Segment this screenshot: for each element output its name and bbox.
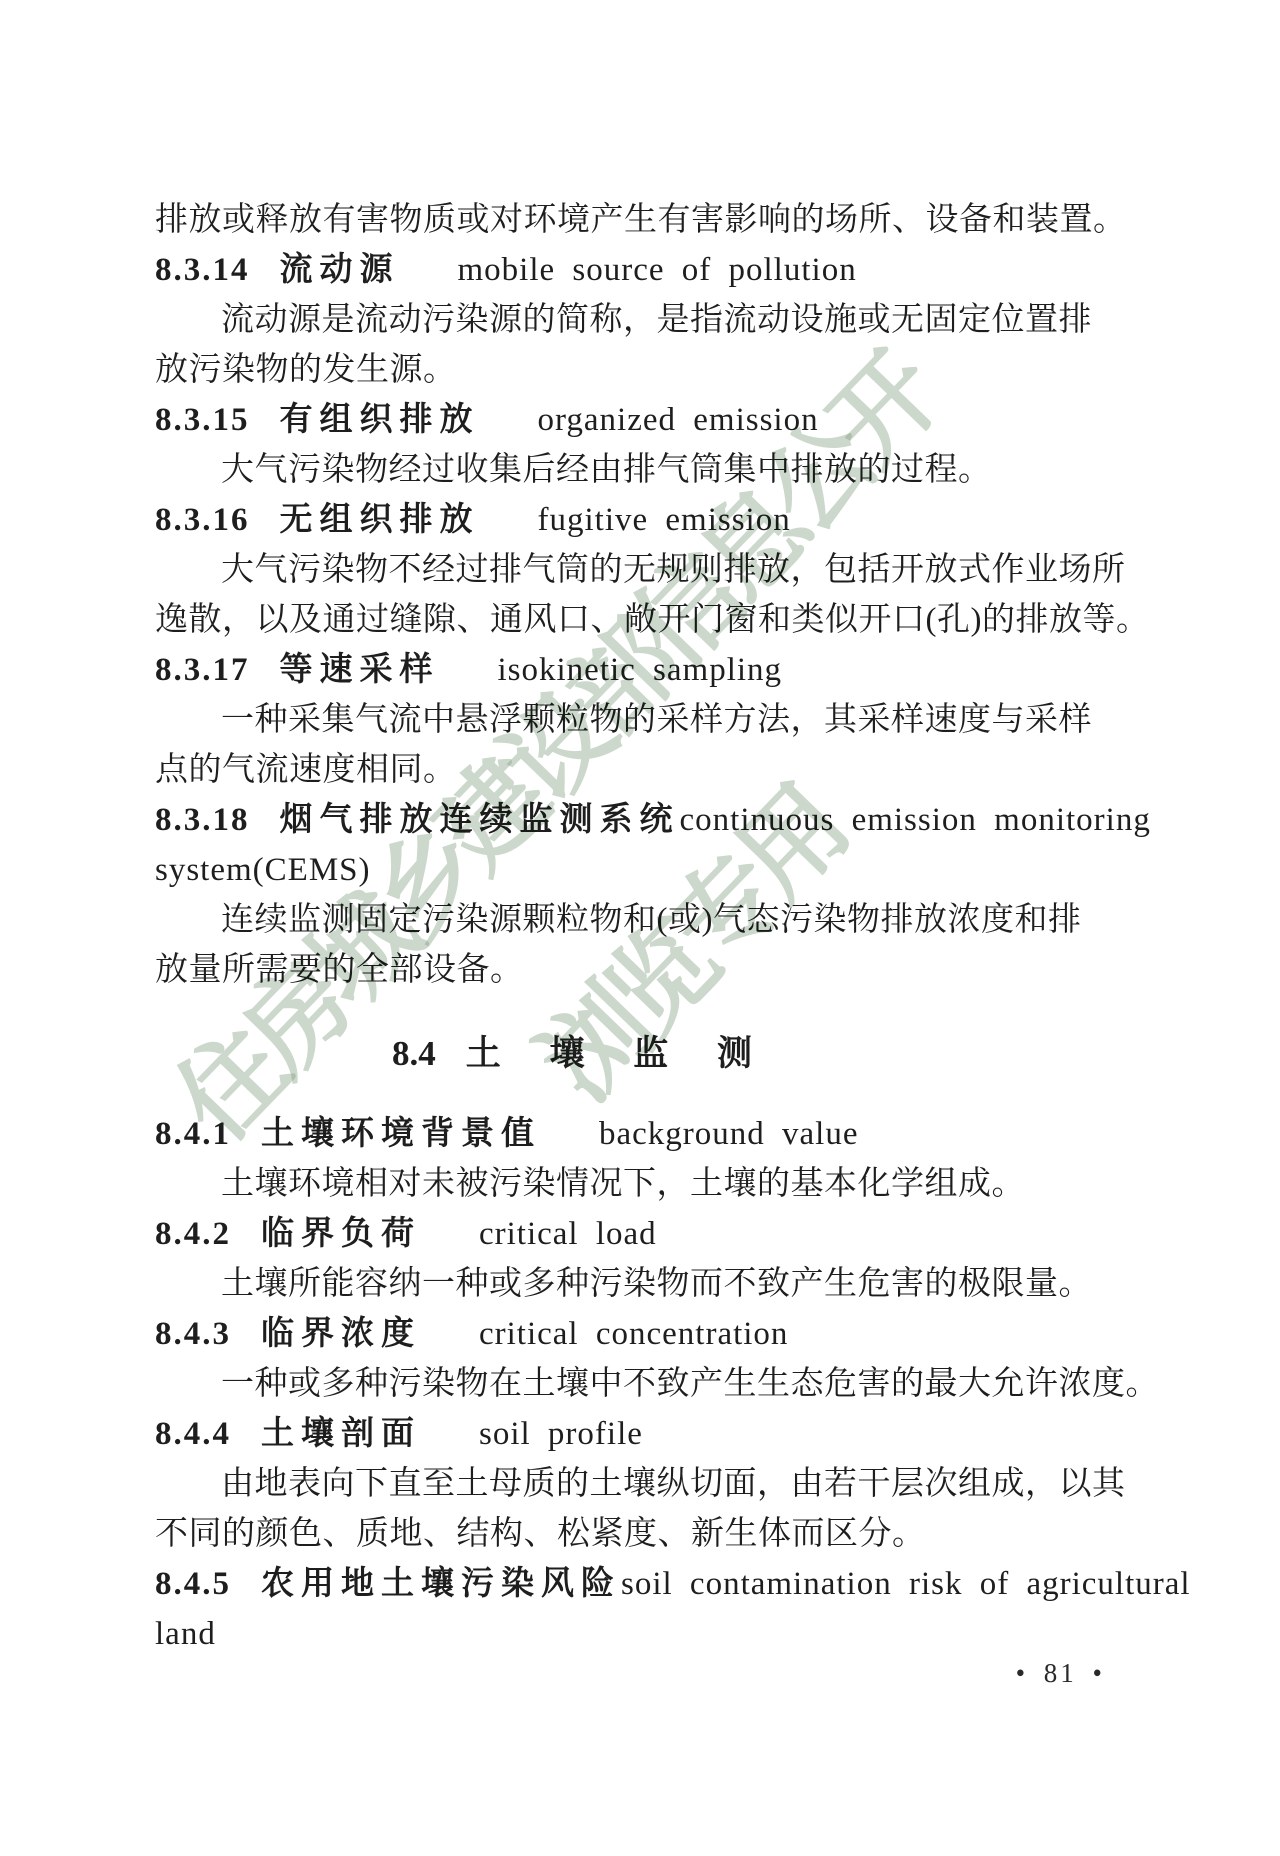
document-page-body: 排放或释放有害物质或对环境产生有害影响的场所、设备和装置。 8.3.14 流动源… <box>155 195 1125 1659</box>
definition-line: 放量所需要的全部设备。 <box>155 945 1125 995</box>
definition-line: 点的气流速度相同。 <box>155 745 1125 795</box>
definition-line: 大气污染物不经过排气筒的无规则排放，包括开放式作业场所 <box>155 545 1125 595</box>
term-number: 8.3.15 <box>155 395 250 445</box>
definition-line: 逸散，以及通过缝隙、通风口、敞开门窗和类似开口(孔)的排放等。 <box>155 595 1125 645</box>
term-entry-8-3-16: 8.3.16 无组织排放 fugitive emission <box>155 495 1125 545</box>
definition-line: 不同的颜色、质地、结构、松紧度、新生体而区分。 <box>155 1509 1125 1559</box>
term-entry-8-3-18: 8.3.18 烟气排放连续监测系统 continuous emission mo… <box>155 795 1125 845</box>
term-entry-8-4-1: 8.4.1 土壤环境背景值 background value <box>155 1109 1125 1159</box>
definition-line: 一种或多种污染物在土壤中不致产生生态危害的最大允许浓度。 <box>155 1359 1125 1409</box>
term-number: 8.3.16 <box>155 495 250 545</box>
section-title: 土 壤 监 测 <box>466 1025 772 1083</box>
term-entry-8-4-2: 8.4.2 临界负荷 critical load <box>155 1209 1125 1259</box>
term-chinese: 临界浓度 <box>261 1309 421 1359</box>
term-chinese: 土壤环境背景值 <box>261 1109 541 1159</box>
term-number: 8.3.18 <box>155 795 250 845</box>
paragraph-carryover: 排放或释放有害物质或对环境产生有害影响的场所、设备和装置。 <box>155 195 1125 245</box>
term-chinese: 农用地土壤污染风险 <box>261 1559 621 1609</box>
term-english: critical concentration <box>479 1309 788 1359</box>
definition-line: 由地表向下直至土母质的土壤纵切面，由若干层次组成，以其 <box>155 1459 1125 1509</box>
term-chinese: 等速采样 <box>280 645 440 695</box>
definition-line: 土壤环境相对未被污染情况下，土壤的基本化学组成。 <box>155 1159 1125 1209</box>
term-english-continuation: land <box>155 1609 1125 1659</box>
definition-line: 土壤所能容纳一种或多种污染物而不致产生危害的极限量。 <box>155 1259 1125 1309</box>
term-english: fugitive emission <box>538 495 791 545</box>
term-english: background value <box>599 1109 859 1159</box>
definition-line: 一种采集气流中悬浮颗粒物的采样方法，其采样速度与采样 <box>155 695 1125 745</box>
term-english: organized emission <box>538 395 819 445</box>
definition-line: 大气污染物经过收集后经由排气筒集中排放的过程。 <box>155 445 1125 495</box>
term-number: 8.3.14 <box>155 245 250 295</box>
term-chinese: 土壤剖面 <box>261 1409 421 1459</box>
term-chinese: 流动源 <box>280 245 400 295</box>
term-english: critical load <box>479 1209 657 1259</box>
term-number: 8.4.3 <box>155 1309 231 1359</box>
term-chinese: 烟气排放连续监测系统 <box>280 795 680 845</box>
section-heading: 8.4 土 壤 监 测 <box>97 1025 1067 1083</box>
term-chinese: 临界负荷 <box>261 1209 421 1259</box>
definition-line: 放污染物的发生源。 <box>155 345 1125 395</box>
term-english: continuous emission monitoring <box>680 795 1151 845</box>
term-number: 8.3.17 <box>155 645 250 695</box>
term-chinese: 有组织排放 <box>280 395 480 445</box>
term-english: mobile source of pollution <box>458 245 857 295</box>
term-entry-8-3-14: 8.3.14 流动源 mobile source of pollution <box>155 245 1125 295</box>
term-chinese: 无组织排放 <box>280 495 480 545</box>
section-number: 8.4 <box>392 1025 436 1083</box>
page-number: • 81 • <box>1016 1658 1105 1689</box>
term-number: 8.4.1 <box>155 1109 231 1159</box>
definition-line: 连续监测固定污染源颗粒物和(或)气态污染物排放浓度和排 <box>155 895 1125 945</box>
term-number: 8.4.4 <box>155 1409 231 1459</box>
term-entry-8-4-4: 8.4.4 土壤剖面 soil profile <box>155 1409 1125 1459</box>
term-number: 8.4.2 <box>155 1209 231 1259</box>
term-entry-8-4-5: 8.4.5 农用地土壤污染风险 soil contamination risk … <box>155 1559 1125 1609</box>
term-english: isokinetic sampling <box>498 645 783 695</box>
term-english: soil profile <box>479 1409 643 1459</box>
term-entry-8-4-3: 8.4.3 临界浓度 critical concentration <box>155 1309 1125 1359</box>
term-entry-8-3-15: 8.3.15 有组织排放 organized emission <box>155 395 1125 445</box>
term-english: soil contamination risk of agricultural <box>621 1559 1191 1609</box>
term-entry-8-3-17: 8.3.17 等速采样 isokinetic sampling <box>155 645 1125 695</box>
term-english-continuation: system(CEMS) <box>155 845 1125 895</box>
definition-line: 流动源是流动污染源的简称，是指流动设施或无固定位置排 <box>155 295 1125 345</box>
term-number: 8.4.5 <box>155 1559 231 1609</box>
